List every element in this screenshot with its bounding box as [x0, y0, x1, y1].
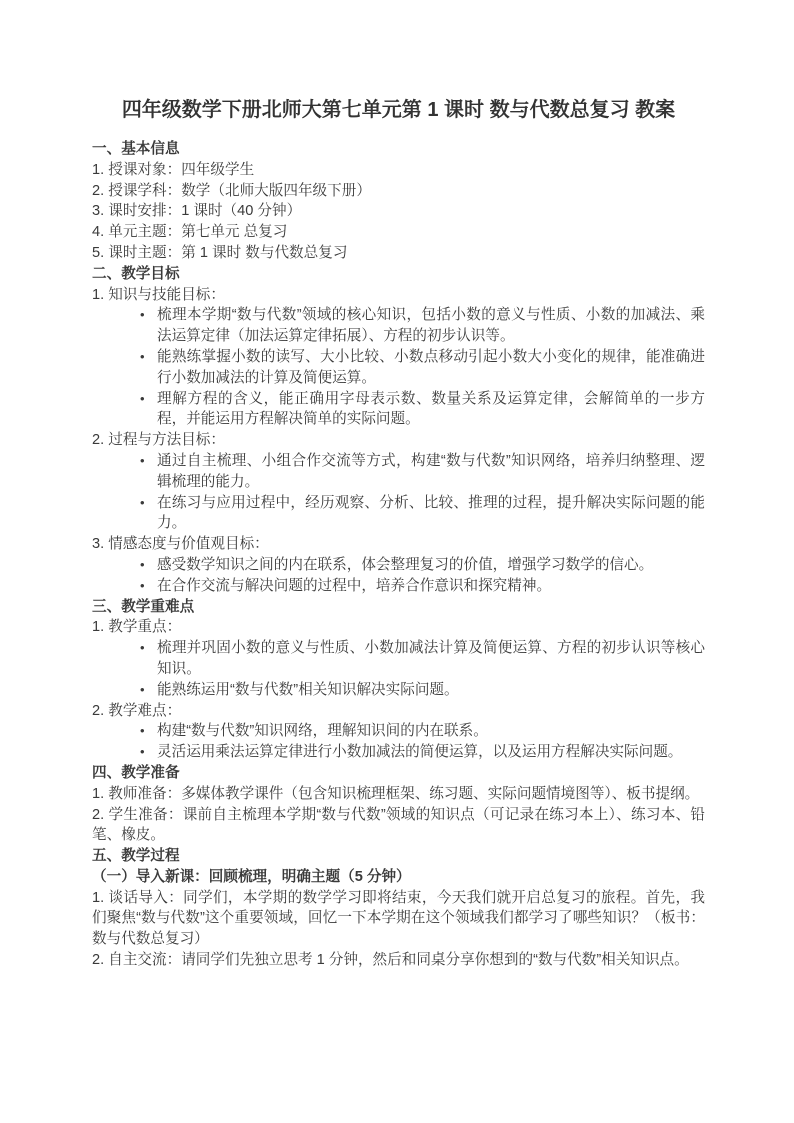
bullet-item: 理解方程的含义，能正确用字母表示数、数量关系及运算定律，会解简单的一步方程，并能…: [157, 389, 705, 431]
document-title: 四年级数学下册北师大第七单元第 1 课时 数与代数总复习 教案: [92, 96, 705, 124]
paragraph: 5. 课时主题：第 1 课时 数与代数总复习: [92, 243, 705, 264]
paragraph: 2. 过程与方法目标：: [92, 430, 705, 451]
bullet-item: 梳理并巩固小数的意义与性质、小数加减法计算及简便运算、方程的初步认识等核心知识。: [157, 638, 705, 680]
bullet-list: 梳理本学期“数与代数”领域的核心知识，包括小数的意义与性质、小数的加减法、乘法运…: [92, 305, 705, 430]
bullet-item: 通过自主梳理、小组合作交流等方式，构建“数与代数”知识网络，培养归纳整理、逻辑梳…: [157, 451, 705, 493]
paragraph: 1. 谈话导入：同学们，本学期的数学学习即将结束，今天我们就开启总复习的旅程。首…: [92, 888, 705, 950]
section-heading: 四、教学准备: [92, 763, 705, 784]
paragraph: 2. 学生准备：课前自主梳理本学期“数与代数”领域的知识点（可记录在练习本上）、…: [92, 805, 705, 847]
paragraph: 1. 授课对象：四年级学生: [92, 160, 705, 181]
bullet-item: 感受数学知识之间的内在联系，体会整理复习的价值，增强学习数学的信心。: [157, 555, 705, 576]
bullet-item: 梳理本学期“数与代数”领域的核心知识，包括小数的意义与性质、小数的加减法、乘法运…: [157, 305, 705, 347]
bullet-list: 构建“数与代数”知识网络，理解知识间的内在联系。灵活运用乘法运算定律进行小数加减…: [92, 721, 705, 763]
bullet-list: 梳理并巩固小数的意义与性质、小数加减法计算及简便运算、方程的初步认识等核心知识。…: [92, 638, 705, 700]
bullet-list: 通过自主梳理、小组合作交流等方式，构建“数与代数”知识网络，培养归纳整理、逻辑梳…: [92, 451, 705, 534]
bullet-list: 感受数学知识之间的内在联系，体会整理复习的价值，增强学习数学的信心。在合作交流与…: [92, 555, 705, 597]
sub-section-heading: （一）导入新课：回顾梳理，明确主题（5 分钟）: [92, 867, 705, 888]
bullet-item: 灵活运用乘法运算定律进行小数加减法的简便运算，以及运用方程解决实际问题。: [157, 742, 705, 763]
section-heading: 二、教学目标: [92, 264, 705, 285]
bullet-item: 在合作交流与解决问题的过程中，培养合作意识和探究精神。: [157, 576, 705, 597]
paragraph: 4. 单元主题：第七单元 总复习: [92, 222, 705, 243]
paragraph: 1. 教学重点：: [92, 617, 705, 638]
paragraph: 3. 情感态度与价值观目标：: [92, 534, 705, 555]
document-body: 一、基本信息1. 授课对象：四年级学生2. 授课学科：数学（北师大版四年级下册）…: [92, 139, 705, 971]
section-heading: 一、基本信息: [92, 139, 705, 160]
paragraph: 2. 自主交流：请同学们先独立思考 1 分钟，然后和同桌分享你想到的“数与代数”…: [92, 950, 705, 971]
paragraph: 1. 知识与技能目标：: [92, 285, 705, 306]
bullet-item: 构建“数与代数”知识网络，理解知识间的内在联系。: [157, 721, 705, 742]
paragraph: 3. 课时安排：1 课时（40 分钟）: [92, 201, 705, 222]
bullet-item: 能熟练掌握小数的读写、大小比较、小数点移动引起小数大小变化的规律，能准确进行小数…: [157, 347, 705, 389]
section-heading: 三、教学重难点: [92, 597, 705, 618]
paragraph: 1. 教师准备：多媒体教学课件（包含知识梳理框架、练习题、实际问题情境图等）、板…: [92, 784, 705, 805]
paragraph: 2. 授课学科：数学（北师大版四年级下册）: [92, 181, 705, 202]
bullet-item: 在练习与应用过程中，经历观察、分析、比较、推理的过程，提升解决实际问题的能力。: [157, 493, 705, 535]
bullet-item: 能熟练运用“数与代数”相关知识解决实际问题。: [157, 680, 705, 701]
section-heading: 五、教学过程: [92, 846, 705, 867]
paragraph: 2. 教学难点：: [92, 701, 705, 722]
document-page: 四年级数学下册北师大第七单元第 1 课时 数与代数总复习 教案 一、基本信息1.…: [0, 0, 794, 1123]
